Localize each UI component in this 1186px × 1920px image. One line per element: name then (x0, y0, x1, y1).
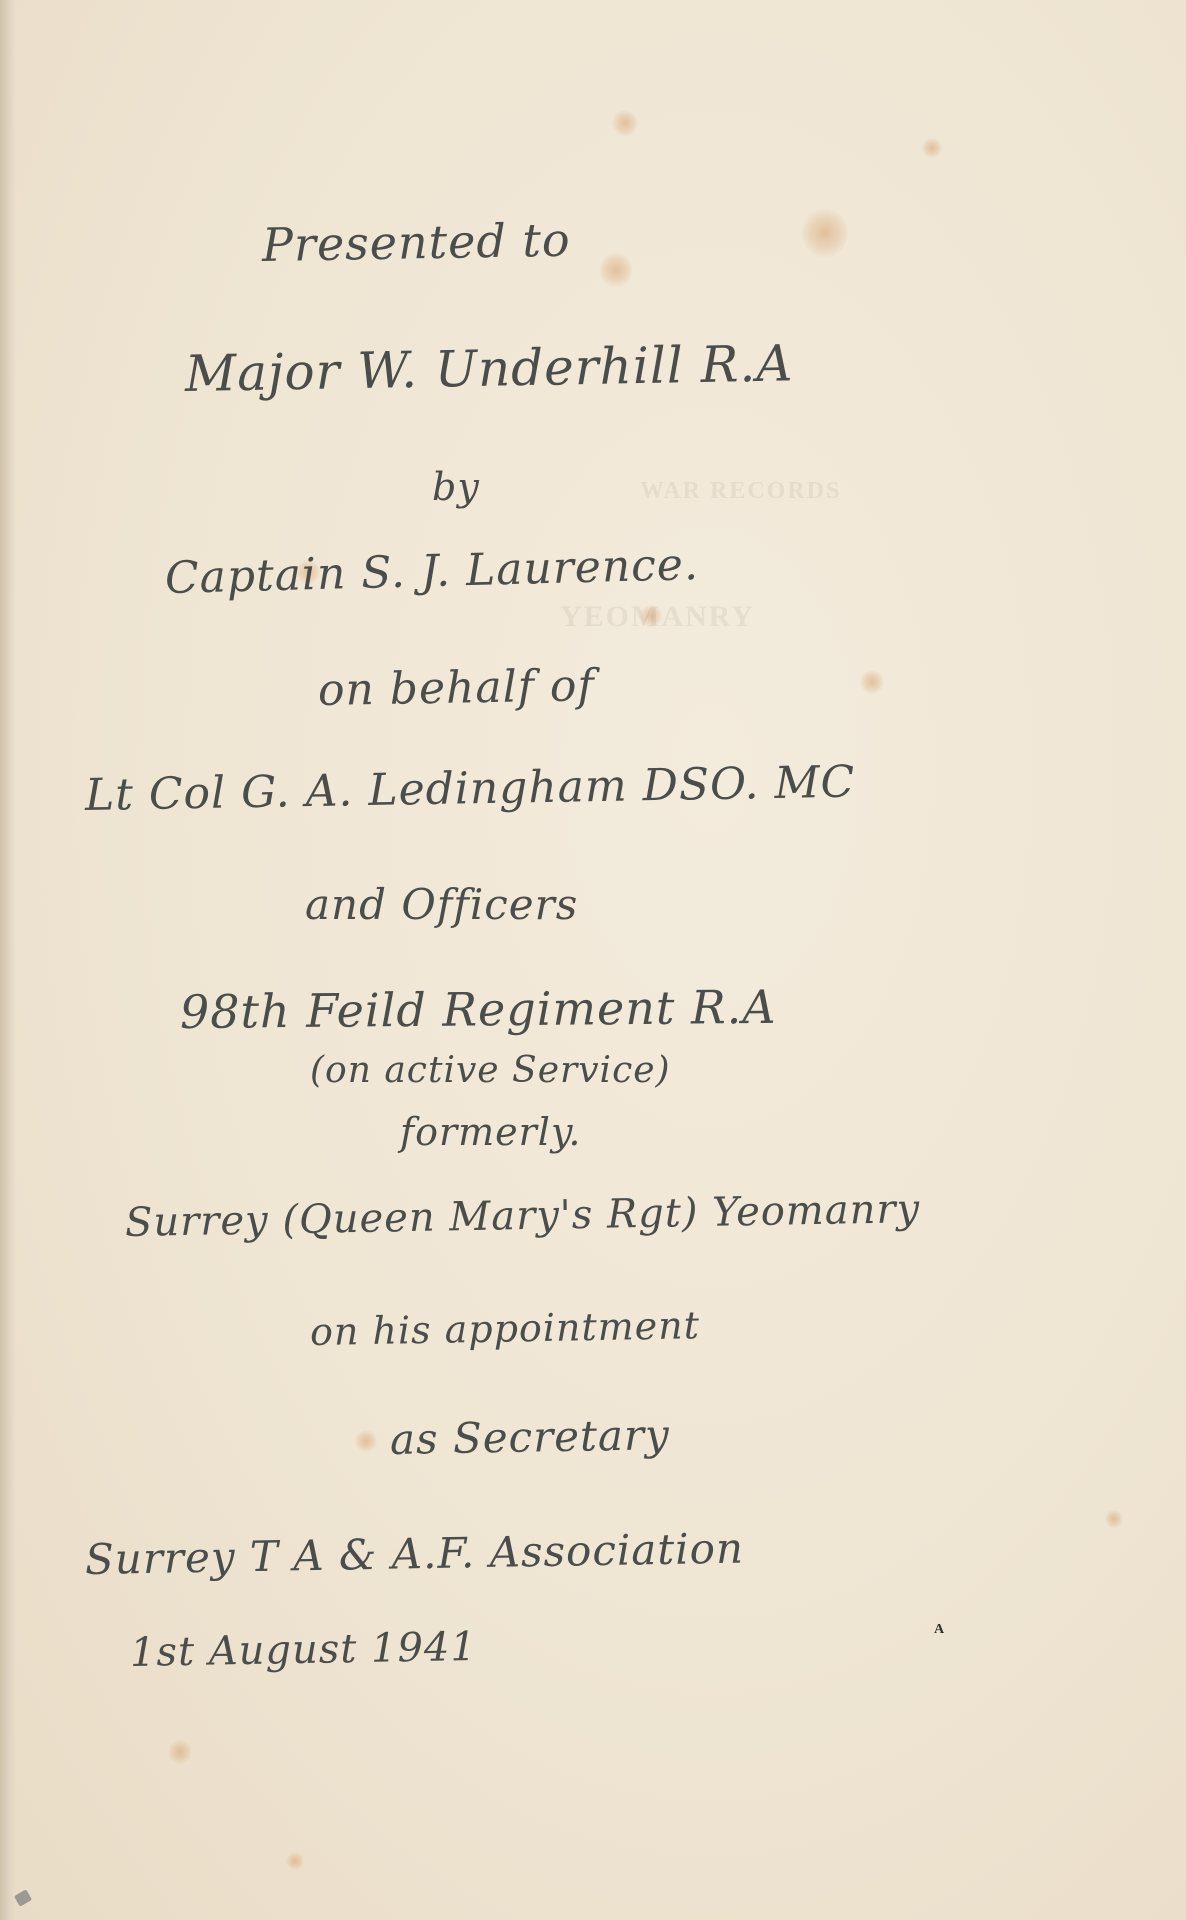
foxing-spot (168, 1740, 192, 1764)
foxing-spot (355, 1430, 377, 1452)
inscription-line-secretary: as Secretary (390, 1410, 671, 1464)
ink-mark (14, 1889, 32, 1906)
inscription-line-appointment: on his appointment (310, 1303, 701, 1354)
foxing-spot (922, 138, 942, 158)
page-gutter-shadow (0, 0, 16, 1920)
inscription-line-recipient: Major W. Underhill R.A (184, 334, 793, 403)
inscription-line-and-officers: and Officers (305, 880, 578, 929)
inscription-line-presented-to: Presented to (262, 213, 571, 272)
inscription-line-formerly: formerly. (400, 1110, 581, 1154)
foxing-spot (286, 1852, 304, 1870)
show-through-text: YEOMANRY (560, 600, 755, 634)
inscription-line-active-service: (on active Service) (310, 1050, 671, 1091)
show-through-text: WAR RECORDS (640, 478, 841, 505)
inscription-line-by: by (432, 465, 480, 509)
book-page: WAR RECORDS YEOMANRY Presented to Major … (0, 0, 1186, 1920)
inscription-line-regiment: 98th Feild Regiment R.A (180, 980, 777, 1039)
inscription-line-date: 1st August 1941 (130, 1624, 478, 1676)
foxing-spot (1105, 1510, 1123, 1528)
inscription-line-presenter: Captain S. J. Laurence. (164, 539, 699, 604)
inscription-line-on-behalf-of: on behalf of (318, 660, 596, 716)
foxing-spot (612, 110, 638, 136)
foxing-spot (802, 208, 848, 258)
foxing-spot (600, 252, 632, 288)
foxing-spot (860, 670, 884, 694)
inscription-line-yeomanry: Surrey (Queen Mary's Rgt) Yeomanry (125, 1186, 921, 1246)
inscription-line-commanding-officer: Lt Col G. A. Ledingham DSO. MC (85, 757, 856, 821)
inscription-line-association: Surrey T A & A.F. Association (85, 1524, 745, 1584)
printed-signature-mark: A (934, 1622, 944, 1638)
